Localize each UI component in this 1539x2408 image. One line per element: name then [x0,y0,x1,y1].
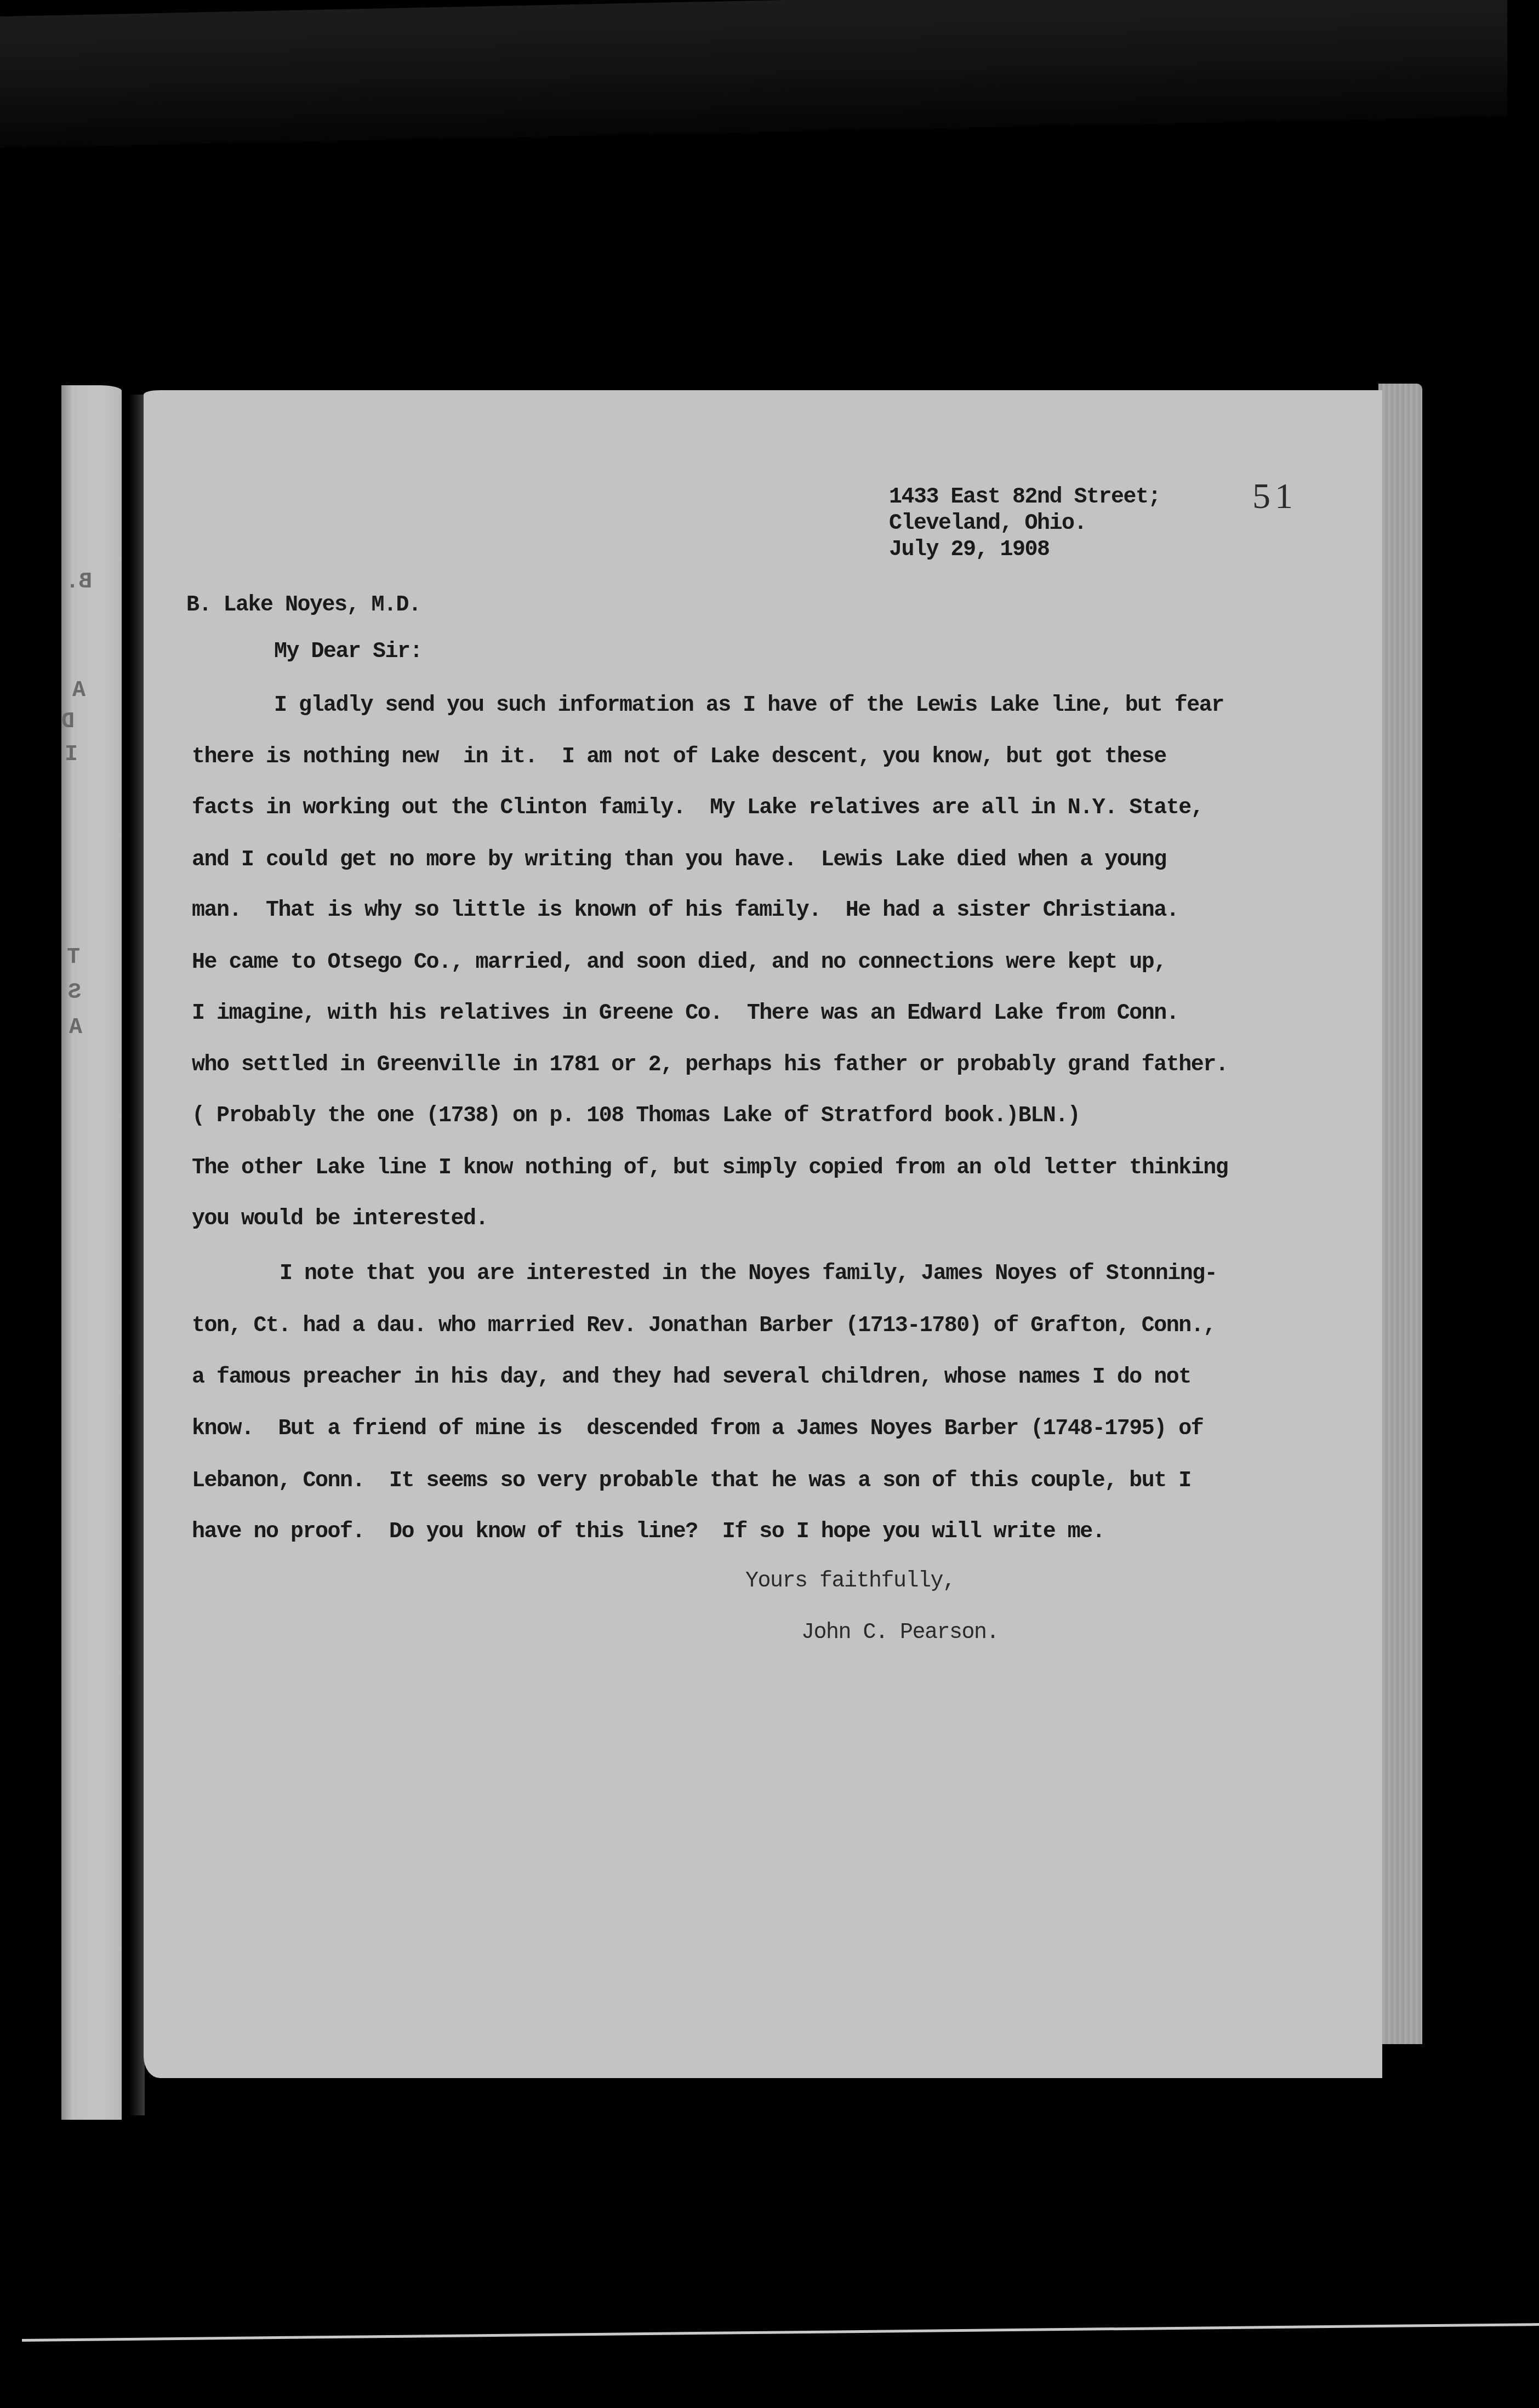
letter-date: July 29, 1908 [889,539,1050,561]
body-line: facts in working out the Clinton family.… [192,797,1203,819]
body-line: The other Lake line I know nothing of, b… [192,1157,1228,1179]
body-line: a famous preacher in his day, and they h… [192,1367,1191,1389]
signature: John C. Pearson. [801,1622,999,1644]
body-line: man. That is why so little is known of h… [192,900,1178,922]
body-line: I gladly send you such information as I … [274,695,1224,717]
body-line: you would be interested. [192,1208,488,1230]
microfilm-top-band [0,0,1507,148]
body-line: who settled in Greenville in 1781 or 2, … [192,1054,1228,1076]
mirrored-fragment: A [69,1015,82,1040]
body-line: there is nothing new in it. I am not of … [192,746,1166,768]
mirrored-fragment: D [61,710,75,734]
mirrored-fragment: A [72,678,86,703]
body-line: I imagine, with his relatives in Greene … [192,1003,1178,1025]
body-line: ton, Ct. had a dau. who married Rev. Jon… [192,1315,1216,1337]
previous-page-edge: B. A D I T S A [61,385,122,2120]
body-line: Lebanon, Conn. It seems so very probable… [192,1470,1191,1492]
mirrored-fragment: T [67,945,80,970]
mirrored-fragment: S [68,980,81,1005]
microfilm-edge-line [22,2323,1539,2342]
address-street: 1433 East 82nd Street; [889,487,1160,509]
recipient: B. Lake Noyes, M.D. [186,595,421,617]
body-line: and I could get no more by writing than … [192,849,1166,871]
body-line: have no proof. Do you know of this line?… [192,1521,1104,1543]
body-line: ( Probably the one (1738) on p. 108 Thom… [192,1105,1080,1127]
book-gutter [130,395,145,2115]
salutation: My Dear Sir: [274,641,422,663]
body-line: He came to Otsego Co., married, and soon… [192,952,1166,974]
stacked-page-edges [1378,384,1422,2044]
body-line: I note that you are interested in the No… [280,1263,1217,1285]
body-line: know. But a friend of mine is descended … [192,1418,1203,1440]
address-city: Cleveland, Ohio. [889,513,1086,535]
page-number: 51 [1252,476,1297,517]
closing: Yours faithfully, [745,1571,955,1593]
mirrored-fragment: B. [66,570,92,595]
mirrored-fragment: I [65,743,78,767]
